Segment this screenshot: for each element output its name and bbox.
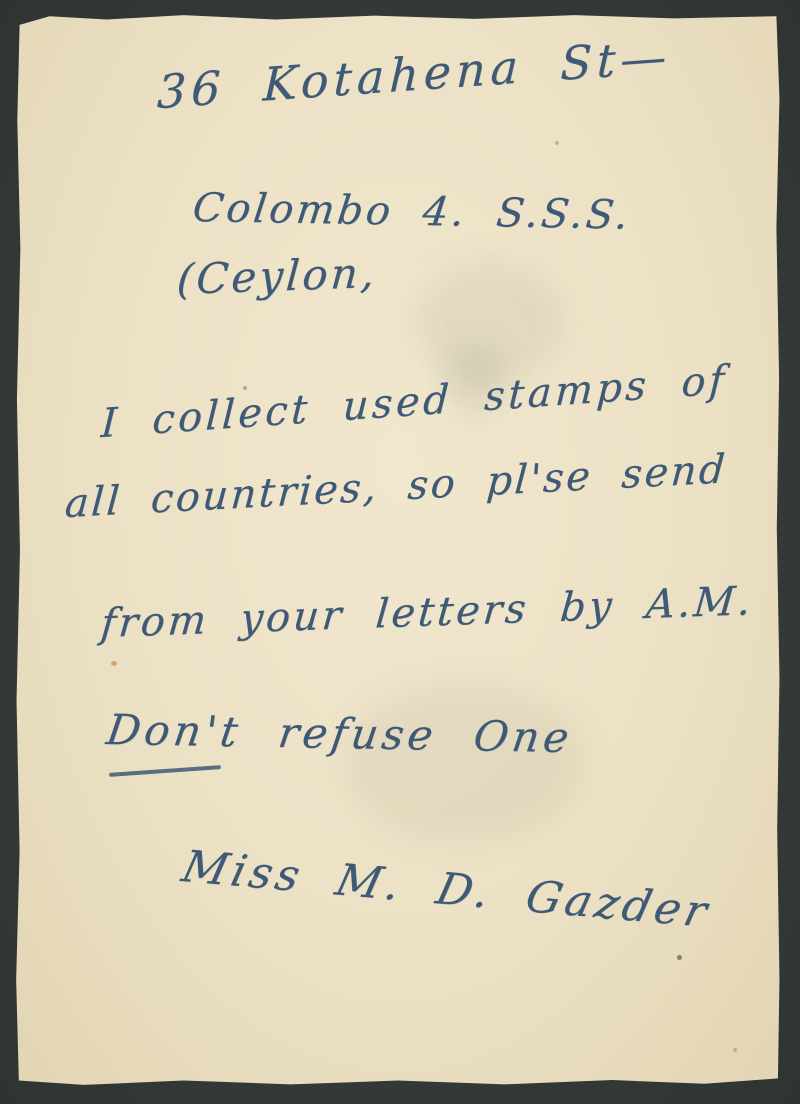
address-line-country: (Ceylon, [175, 248, 379, 304]
address-line-street: 36 Kotahena St— [156, 29, 672, 119]
signature: Miss M. D. Gazder [177, 841, 715, 937]
request-rest: refuse One [275, 708, 575, 762]
request-underlined-word: Don't [104, 705, 245, 756]
paper-stain [415, 263, 565, 383]
paper-speck [733, 1048, 737, 1052]
address-line-city: Colombo 4. S.S.S. [190, 185, 633, 239]
body-line-1: I collect used stamps of [100, 357, 729, 447]
postcard: 36 Kotahena St— Colombo 4. S.S.S. (Ceylo… [15, 13, 781, 1087]
photo-backdrop: 36 Kotahena St— Colombo 4. S.S.S. (Ceylo… [0, 0, 800, 1104]
dont-underline-stroke [109, 765, 221, 777]
body-line-2: all countries, so pl'se send [63, 446, 728, 527]
paper-speck [677, 955, 682, 960]
body-line-3: from your letters by A.M. [99, 578, 755, 647]
paper-speck [243, 386, 247, 390]
paper-speck [111, 661, 117, 666]
paper-stain [345, 683, 585, 843]
body-line-request: Don't refuse One [104, 705, 576, 762]
paper-speck [555, 141, 559, 145]
